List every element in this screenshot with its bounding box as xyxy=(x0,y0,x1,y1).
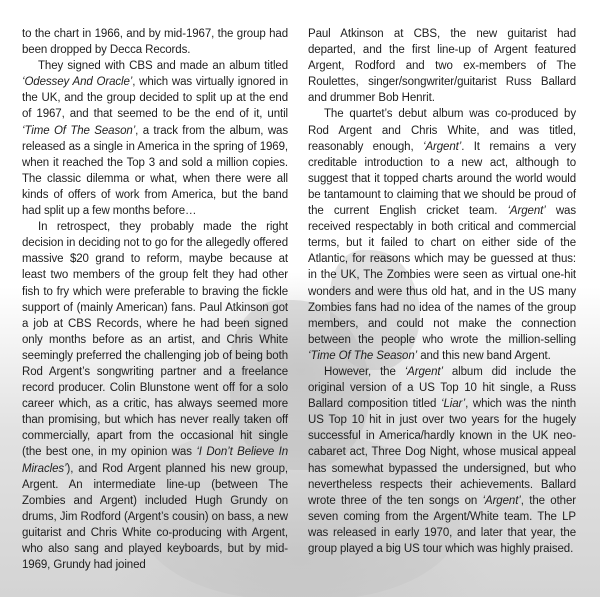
italic-title: ‘Argent’ xyxy=(507,205,545,217)
left-text-column: to the chart in 1966, and by mid-1967, t… xyxy=(22,26,288,573)
italic-title: ‘Argent’ xyxy=(423,141,461,153)
text-run: , a track from the album, was released a… xyxy=(22,125,288,217)
italic-title: ‘Argent’ xyxy=(405,366,443,378)
italic-title: ‘Liar’ xyxy=(441,398,465,410)
text-run: to the chart in 1966, and by mid-1967, t… xyxy=(22,28,288,56)
paragraph: In retrospect, they probably made the ri… xyxy=(22,219,288,573)
text-run: Paul Atkinson at CBS, the new guitarist … xyxy=(308,28,576,104)
italic-title: ‘Argent’ xyxy=(483,495,521,507)
italic-title: ‘Time Of The Season’ xyxy=(22,125,135,137)
paragraph: to the chart in 1966, and by mid-1967, t… xyxy=(22,26,288,58)
text-run: , which was the ninth US Top 10 hit in j… xyxy=(308,398,576,507)
text-run: In retrospect, they probably made the ri… xyxy=(22,221,288,458)
text-run: was received respectably in both critica… xyxy=(308,205,576,346)
booklet-page: to the chart in 1966, and by mid-1967, t… xyxy=(0,0,600,597)
paragraph: However, the ‘Argent’ album did include … xyxy=(308,364,576,557)
paragraph: The quartet’s debut album was co-produce… xyxy=(308,106,576,364)
italic-title: ‘Time Of The Season’ xyxy=(308,350,417,362)
text-run: and this new band Argent. xyxy=(417,350,551,362)
text-run: ), and Rod Argent planned his new group,… xyxy=(22,463,288,572)
text-run: They signed with CBS and made an album t… xyxy=(38,60,288,72)
paragraph: Paul Atkinson at CBS, the new guitarist … xyxy=(308,26,576,106)
paragraph: They signed with CBS and made an album t… xyxy=(22,58,288,219)
italic-title: ‘Odessey And Oracle’ xyxy=(22,76,132,88)
text-run: However, the xyxy=(324,366,405,378)
right-text-column: Paul Atkinson at CBS, the new guitarist … xyxy=(308,26,576,557)
